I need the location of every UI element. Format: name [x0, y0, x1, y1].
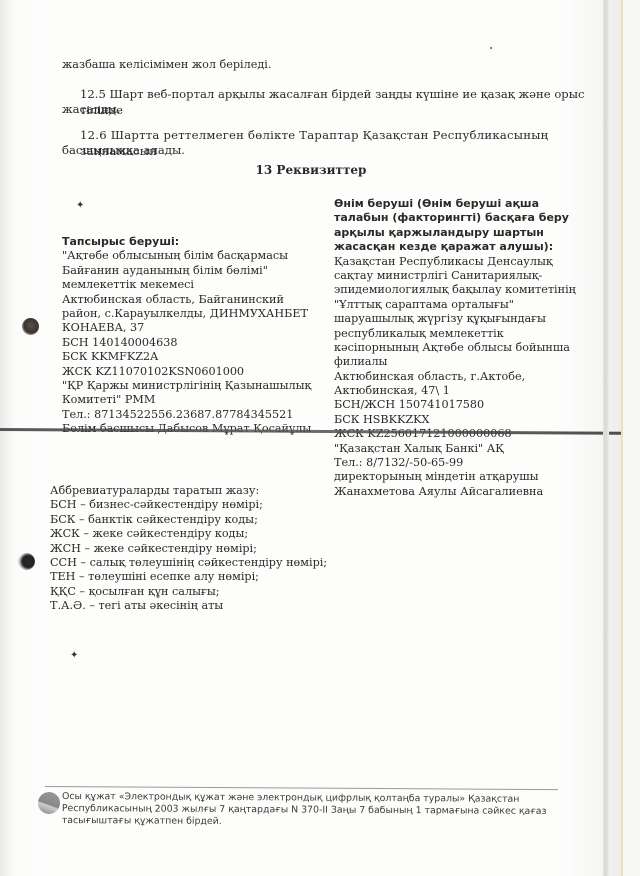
supplier-line: кәсіпорнының Ақтөбе облысы бойынша: [334, 341, 576, 355]
section13-title: 13 Реквизиттер: [0, 163, 622, 177]
supplier-line: "Ұлттық сараптама орталығы": [334, 298, 576, 312]
customer-line: КОНАЕВА, 37: [62, 321, 311, 335]
footer-notice: Осы құжат «Электрондық құжат және электр…: [62, 791, 547, 830]
scan-speck: [490, 47, 492, 49]
e-signature-seal-icon: [38, 792, 60, 814]
supplier-line: республикалық мемлекеттік: [334, 327, 576, 341]
customer-bik: БСК KKMFKZ2A: [62, 350, 311, 364]
supplier-heading-line: Өнім беруші (Өнім беруші ақша: [334, 197, 576, 211]
supplier-bin: БСН/ЖСН 150741017580: [334, 398, 576, 412]
item-12-5-line2: жасалды.: [62, 101, 120, 117]
supplier-line: шаруашылық жүргізу құқығындағы: [334, 312, 576, 326]
customer-bin: БСН 140140004638: [62, 336, 311, 350]
abbreviation-item: ССН – салық төлеушінің сәйкестендіру нөм…: [50, 556, 327, 570]
supplier-line: директорының міндетін атқарушы: [334, 470, 576, 484]
customer-details: Тапсырыс беруші: "Ақтөбе облысының білім…: [62, 235, 311, 436]
supplier-line: сақтау министрлігі Санитариялық-: [334, 269, 576, 283]
abbreviation-item: БСК – банктік сәйкестендіру коды;: [50, 513, 327, 527]
supplier-bik: БСК HSBKKZKX: [334, 413, 576, 427]
supplier-line: Актюбинская область, г.Актобе,: [334, 370, 576, 384]
customer-line: Байғанин ауданының білім бөлімі": [62, 264, 311, 278]
supplier-line: Қазақстан Республикасы Денсаулық: [334, 255, 576, 269]
supplier-line: филиалы: [334, 355, 576, 369]
supplier-line: эпидемиологиялық бақылау комитетінің: [334, 283, 576, 297]
abbreviation-item: ЖСН – жеке сәйкестендіру нөмірі;: [50, 542, 327, 556]
item-12-5-line1: 12.5 Шарт веб-портал арқылы жасалған бір…: [80, 86, 622, 118]
supplier-bank: "Қазақстан Халық Банкі" АҚ: [334, 442, 576, 456]
supplier-heading-line: талабын (факторингті) басқаға беру: [334, 211, 576, 225]
supplier-signatory: Жанахметова Аяулы Айсагалиевна: [334, 485, 576, 499]
customer-line: Актюбинская область, Байганинский: [62, 293, 311, 307]
supplier-details: Өнім беруші (Өнім беруші ақша талабын (ф…: [334, 197, 576, 499]
scanner-margin: [623, 0, 640, 876]
abbreviations-list: Аббревиатураларды таратып жазу: БСН – би…: [50, 484, 327, 614]
customer-line: мемлекеттік мекемесі: [62, 278, 311, 292]
scan-speck: ✦: [70, 650, 78, 661]
punch-hole: [22, 318, 39, 335]
abbreviations-heading: Аббревиатураларды таратып жазу:: [50, 484, 327, 498]
abbreviation-item: ТЕН – төлеушіні есепке алу нөмірі;: [50, 570, 327, 584]
supplier-line: Актюбинская, 47\ 1: [334, 384, 576, 398]
abbreviation-item: БСН – бизнес-сәйкестендіру нөмірі;: [50, 498, 327, 512]
punch-hole: [18, 553, 35, 570]
customer-iik: ЖСК KZ11070102KSN0601000: [62, 365, 311, 379]
footer-divider: [45, 786, 558, 790]
abbreviation-item: Т.А.Ә. – тегі аты әкесінің аты: [50, 599, 327, 613]
customer-phone: Тел.: 87134522556.23687.87784345521: [62, 408, 311, 422]
abbreviation-item: ЖСК – жеке сәйкестендіру коды;: [50, 527, 327, 541]
page-edge-shadow: [603, 0, 609, 876]
customer-line: "Ақтөбе облысының білім басқармасы: [62, 249, 311, 263]
section12-continuation: жазбаша келісімімен жол беріледі.: [62, 58, 271, 72]
supplier-heading-line: арқылы қаржыландыру шартын: [334, 226, 576, 240]
customer-line: "ҚР Қаржы министрлігінің Қазынашылық: [62, 379, 311, 393]
customer-heading: Тапсырыс беруші:: [62, 235, 311, 249]
customer-line: Комитеті" РММ: [62, 393, 311, 407]
customer-line: район, с.Карауылкелды, ДИНМУХАНБЕТ: [62, 307, 311, 321]
scan-speck: ✦: [76, 200, 84, 211]
item-12-6-line2: басшылыққа алады.: [62, 142, 185, 158]
abbreviation-item: ҚҚС – қосылған құн салығы;: [50, 585, 327, 599]
supplier-heading-line: жасасқан кезде қаражат алушы):: [334, 240, 576, 254]
document-page: жазбаша келісімімен жол беріледі. 12.5 Ш…: [0, 0, 622, 876]
supplier-phone: Тел.: 8/7132/-50-65-99: [334, 456, 576, 470]
